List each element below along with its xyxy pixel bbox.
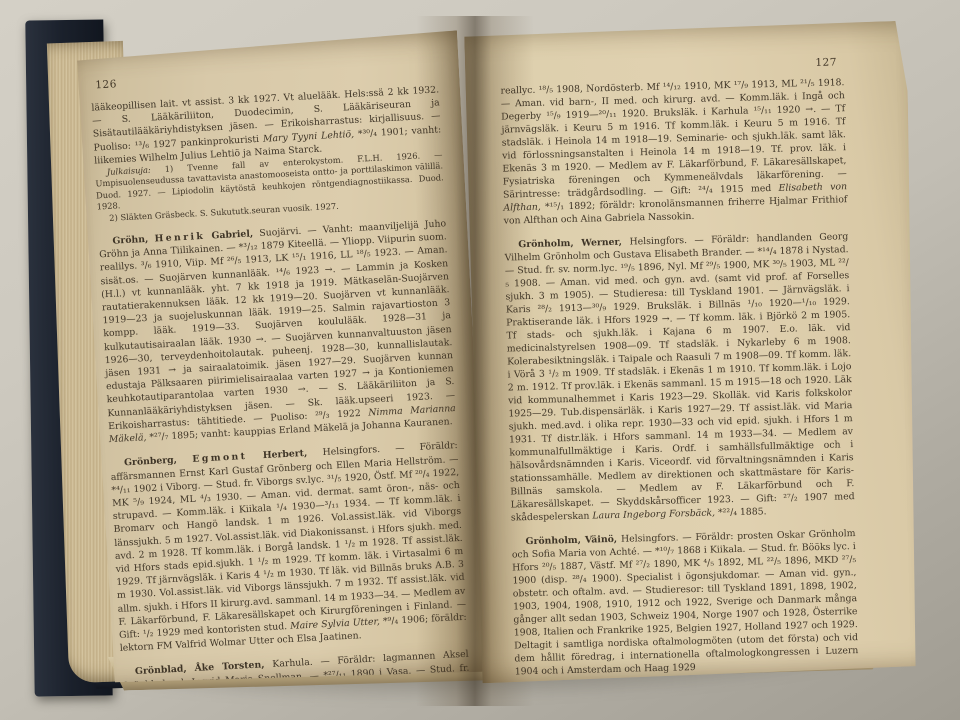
photo-of-open-book: 126 lääkeopillisen lait. vt assist. 3 kk… [0,0,960,720]
left-page: 126 lääkeopillisen lait. vt assist. 3 kk… [73,30,490,691]
entry-grohn-henrik-gabriel: Gröhn, Henrik Gabriel, Suojärvi. — Vanht… [98,217,457,446]
page-number-right: 127 [815,56,837,69]
continuation-paragraph: reallyc. ¹⁸/₅ 1908, Nordösterb. Mf ¹⁴/₁₂… [500,76,847,227]
page-number-left: 126 [95,78,117,91]
right-page: 127 reallyc. ¹⁸/₅ 1908, Nordösterb. Mf ¹… [464,21,922,684]
left-page-text-column: lääkeopillisen lait. vt assist. 3 kk 192… [91,83,470,705]
entry-gronberg-egmont-herbert: Grönberg, Egmont Herbert, Helsingfors. —… [110,439,468,655]
entry-gronholm-werner: Grönholm, Werner, Helsingfors. — Föräldr… [504,230,855,524]
right-page-text-column: reallyc. ¹⁸/₅ 1908, Nordösterb. Mf ¹⁴/₁₂… [500,76,858,678]
entry-gronholm-vaino: Grönholm, Väinö, Helsingfors. — Föräldr:… [511,527,858,678]
